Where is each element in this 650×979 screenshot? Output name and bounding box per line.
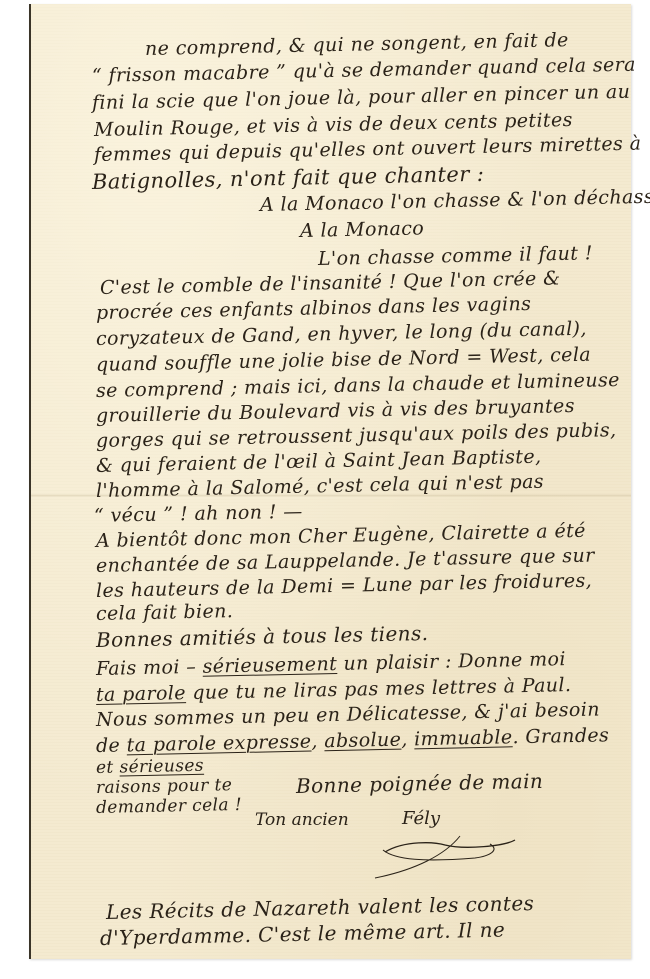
letter-line: “ vécu ” ! ah non ! — (94, 503, 303, 526)
song-line: A la Monaco (300, 219, 425, 241)
text-run: . Grandes (512, 724, 609, 748)
closing-handshake: Bonne poignée de main (296, 771, 544, 796)
text-run: Fais moi – (96, 656, 203, 680)
underlined-word: sérieusement (202, 653, 337, 678)
letter-line: cela fait bien. (96, 602, 234, 624)
text-run: , (311, 730, 324, 752)
signature-flourish-icon (365, 800, 525, 880)
letter-line: et sérieuses (96, 758, 204, 777)
text-run: , (401, 728, 414, 750)
underlined-word: ta parole (96, 682, 186, 706)
underlined-word: absolue (324, 729, 401, 753)
letter-line: Bonnes amitiés à tous les tiens. (96, 623, 429, 650)
letter-line: raisons pour te (96, 777, 233, 797)
closing-salutation: Ton ancien (255, 810, 349, 830)
underlined-word: immuable (414, 726, 513, 750)
text-run: et (96, 758, 120, 778)
letter-line: demander cela ! (96, 797, 242, 817)
underlined-word: sérieuses (119, 756, 204, 778)
underlined-word: ta parole expresse (126, 730, 311, 756)
text-run: de (96, 734, 127, 757)
